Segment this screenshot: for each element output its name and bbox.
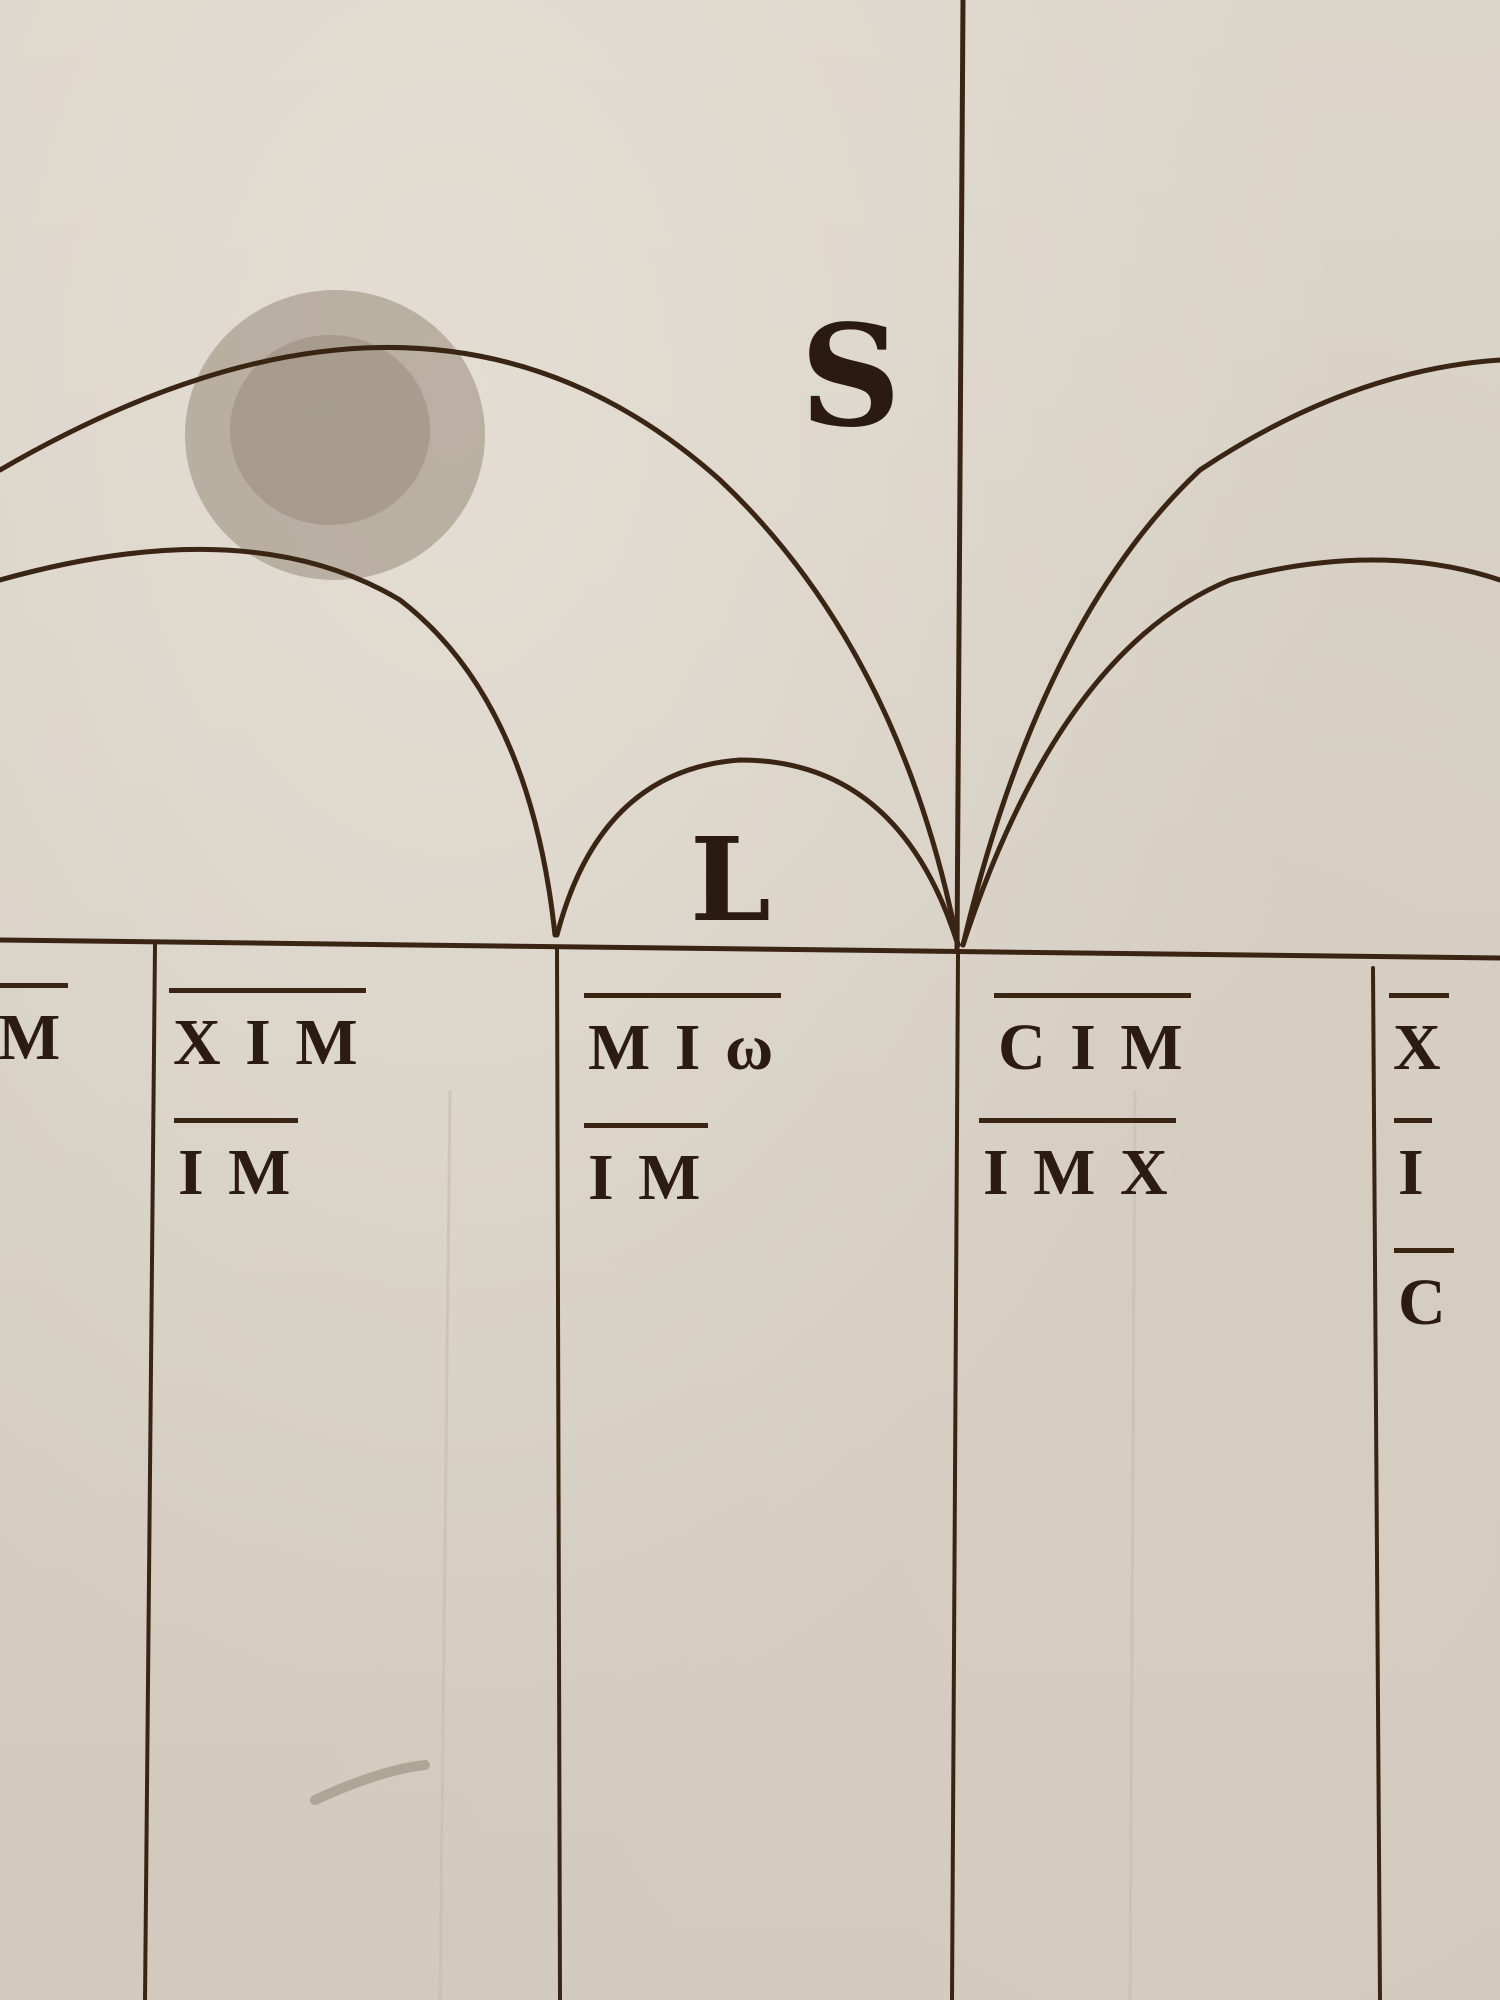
numeral-col-4-row-1: X: [1385, 1015, 1453, 1081]
arc-inner-right: [963, 560, 1500, 945]
smudge: [315, 1765, 425, 1800]
arc-outer-right: [963, 360, 1500, 945]
letter-l: L: [690, 813, 771, 948]
diagram-lines: S L: [0, 0, 1500, 2000]
numeral-col-4-row-3: C: [1390, 1270, 1458, 1336]
arc-inner-left: [0, 549, 555, 935]
numeral-col-0-row-1: M: [0, 1005, 72, 1071]
numeral-col-1-row-1: X I M: [165, 1010, 370, 1076]
numeral-col-2-row-2: I M: [580, 1145, 712, 1211]
letter-s: S: [800, 295, 901, 459]
numeral-col-3-row-2: I M X: [975, 1140, 1180, 1206]
numeral-col-1-row-2: I M: [170, 1140, 302, 1206]
column-divider: [557, 950, 560, 2000]
meridian-line: [957, 0, 963, 950]
column-divider: [952, 955, 958, 2000]
column-divider: [145, 945, 155, 2000]
numeral-col-2-row-1: M I ω: [580, 1015, 785, 1081]
manuscript-page: S L M X I M I M M I ω I M C I M I M X X …: [0, 0, 1500, 2000]
numeral-col-4-row-2: I: [1390, 1140, 1436, 1206]
numeral-col-3-row-1: C I M: [990, 1015, 1195, 1081]
column-divider: [1373, 968, 1380, 2000]
